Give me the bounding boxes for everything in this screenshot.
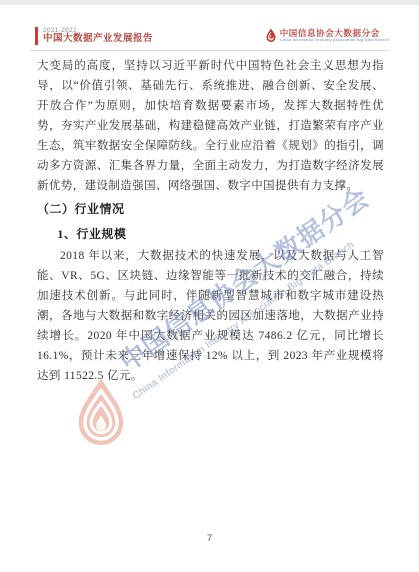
- body-paragraph-2: 2018 年以来，大数据技术的快速发展，以及大数据与人工智能、VR、5G、区块链…: [37, 246, 384, 386]
- org-name-block: 中国信息协会大数据分会 China Information Industry A…: [280, 28, 389, 43]
- org-name-english: China Information Industry Association B…: [280, 38, 389, 43]
- watermark-flame-icon: [66, 376, 136, 450]
- report-title-block: 2021-2022 中国大数据产业发展报告: [35, 27, 153, 45]
- header-divider: [30, 50, 389, 51]
- subsection-heading: 1、行业规模: [37, 222, 384, 246]
- report-page: 2021-2022 中国大数据产业发展报告 中国信息协会大数据分会 China …: [0, 0, 419, 572]
- report-title: 中国大数据产业发展报告: [43, 34, 153, 45]
- page-number: 7: [0, 533, 419, 544]
- org-logo-block: 中国信息协会大数据分会 China Information Industry A…: [265, 28, 389, 43]
- section-heading: （二）行业情况: [37, 197, 384, 222]
- flame-logo-icon: [265, 28, 277, 43]
- body-paragraph-1: 大变局的高度，坚持以习近平新时代中国特色社会主义思想为指导，以“价值引领、基础先…: [37, 56, 384, 196]
- document-body: 大变局的高度，坚持以习近平新时代中国特色社会主义思想为指导，以“价值引领、基础先…: [37, 56, 384, 386]
- page-header: 2021-2022 中国大数据产业发展报告 中国信息协会大数据分会 China …: [35, 27, 389, 45]
- page-top-edge: [0, 0, 419, 5]
